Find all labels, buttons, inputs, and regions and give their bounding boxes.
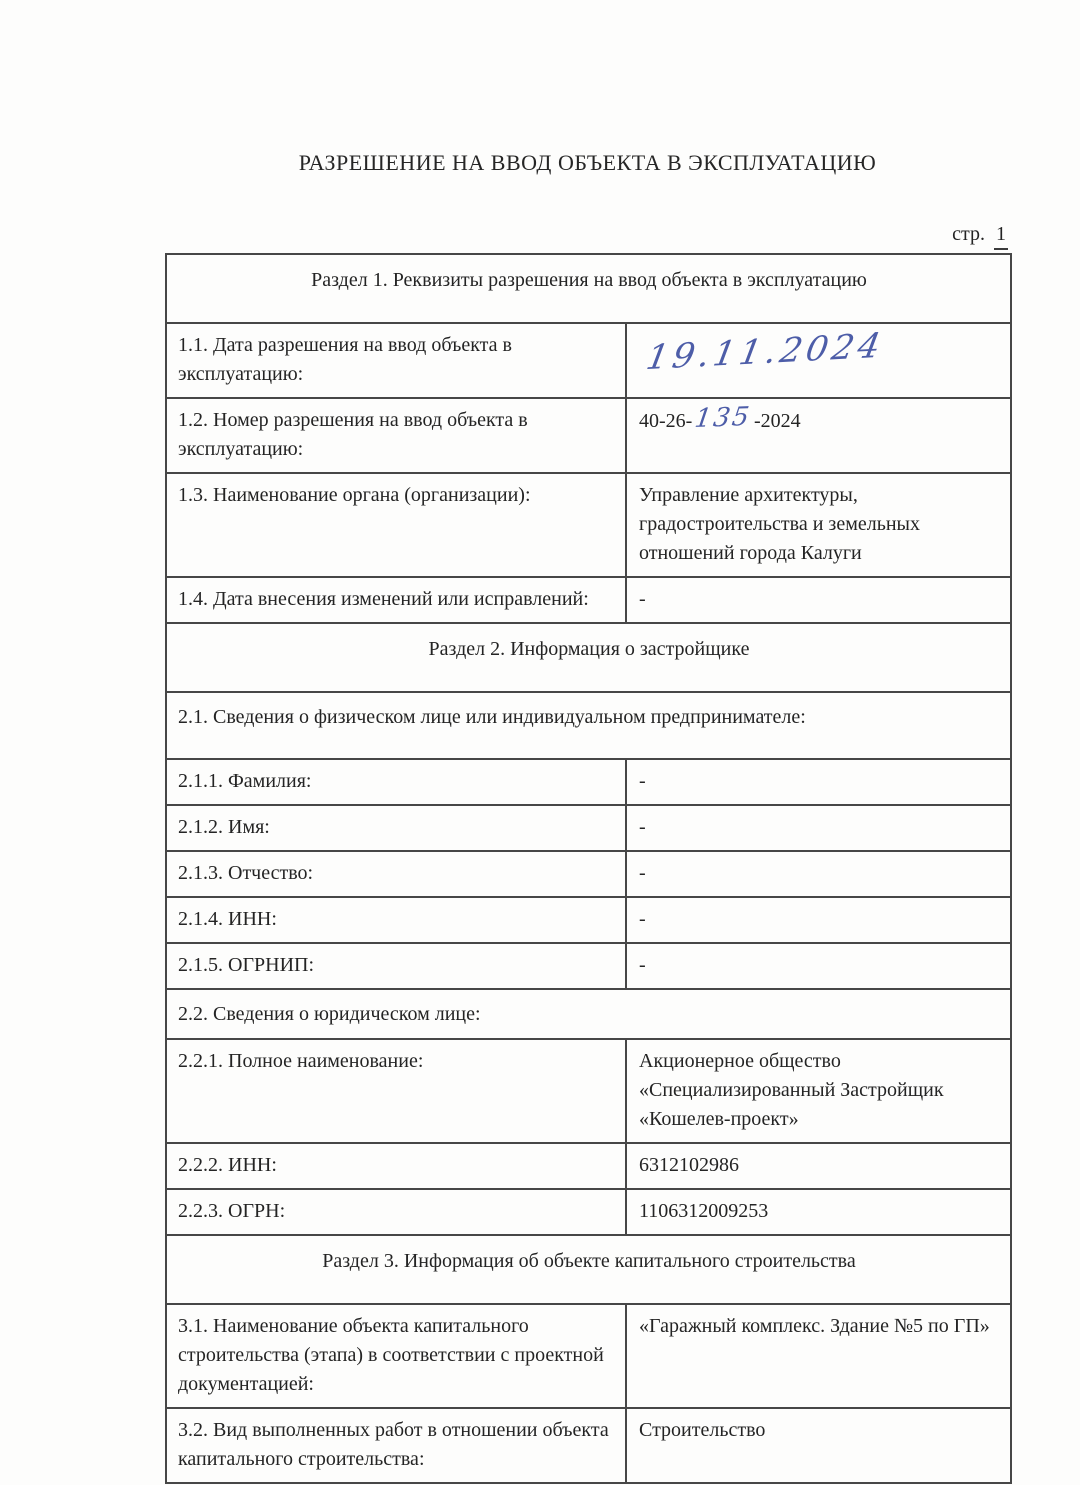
subheader-row: 2.1. Сведения о физическом лице или инди… [166, 692, 1011, 759]
table-row: 2.1.5. ОГРНИП:- [166, 943, 1011, 989]
table-row: 2.2.2. ИНН:6312102986 [166, 1143, 1011, 1189]
table-row: 1.2. Номер разрешения на ввод объекта в … [166, 398, 1011, 473]
permit-table-body: Раздел 1. Реквизиты разрешения на ввод о… [166, 254, 1011, 1483]
row-label: 3.2. Вид выполненных работ в отношении о… [166, 1408, 626, 1483]
row-value: - [626, 897, 1011, 943]
printed-text: - [639, 954, 646, 976]
table-row: 2.2.3. ОГРН:1106312009253 [166, 1189, 1011, 1235]
section-header: Раздел 3. Информация об объекте капиталь… [166, 1235, 1011, 1304]
printed-text: «Гаражный комплекс. Здание №5 по ГП» [639, 1315, 990, 1337]
row-value: 40-26-135-2024 [626, 398, 1011, 473]
document-title: РАЗРЕШЕНИЕ НА ВВОД ОБЪЕКТА В ЭКСПЛУАТАЦИ… [165, 146, 1010, 180]
row-value: - [626, 577, 1011, 623]
section-header-row: Раздел 3. Информация об объекте капиталь… [166, 1235, 1011, 1304]
printed-text: - [639, 816, 646, 838]
row-label: 1.4. Дата внесения изменений или исправл… [166, 577, 626, 623]
row-label: 2.1.2. Имя: [166, 805, 626, 851]
row-value: 6312102986 [626, 1143, 1011, 1189]
section-header: Раздел 1. Реквизиты разрешения на ввод о… [166, 254, 1011, 323]
printed-text: - [639, 588, 646, 610]
subheader-label: 2.2. Сведения о юридическом лице: [166, 989, 1011, 1039]
printed-text: Управление архитектуры, градостроительст… [639, 484, 920, 564]
row-label: 1.1. Дата разрешения на ввод объекта в э… [166, 323, 626, 398]
row-value: 19.11.2024 [626, 323, 1011, 398]
row-value: Управление архитектуры, градостроительст… [626, 473, 1011, 577]
table-row: 1.3. Наименование органа (организации):У… [166, 473, 1011, 577]
permit-table: Раздел 1. Реквизиты разрешения на ввод о… [165, 253, 1012, 1484]
row-value: Строительство [626, 1408, 1011, 1483]
printed-text: - [639, 862, 646, 884]
row-value: - [626, 759, 1011, 805]
table-row: 3.1. Наименование объекта капитального с… [166, 1304, 1011, 1408]
row-value: - [626, 943, 1011, 989]
row-value: Акционерное общество «Специализированный… [626, 1039, 1011, 1143]
table-row: 2.1.4. ИНН:- [166, 897, 1011, 943]
handwritten-text: 135 [690, 404, 756, 432]
subheader-label: 2.1. Сведения о физическом лице или инди… [166, 692, 1011, 759]
printed-text: - [639, 770, 646, 792]
page-label: стр. [952, 223, 985, 245]
table-row: 2.1.3. Отчество:- [166, 851, 1011, 897]
row-label: 2.1.4. ИНН: [166, 897, 626, 943]
handwritten-text: 19.11.2024 [641, 329, 890, 376]
page-indicator: стр. 1 [165, 220, 1010, 250]
row-label: 2.1.1. Фамилия: [166, 759, 626, 805]
printed-text: - [639, 908, 646, 930]
document-sheet: РАЗРЕШЕНИЕ НА ВВОД ОБЪЕКТА В ЭКСПЛУАТАЦИ… [0, 0, 1080, 1485]
row-label: 2.2.3. ОГРН: [166, 1189, 626, 1235]
section-header-row: Раздел 1. Реквизиты разрешения на ввод о… [166, 254, 1011, 323]
row-value: - [626, 805, 1011, 851]
table-row: 2.1.2. Имя:- [166, 805, 1011, 851]
printed-text: 1106312009253 [639, 1200, 768, 1222]
table-row: 1.1. Дата разрешения на ввод объекта в э… [166, 323, 1011, 398]
printed-text: 6312102986 [639, 1154, 739, 1176]
row-label: 2.1.3. Отчество: [166, 851, 626, 897]
table-row: 1.4. Дата внесения изменений или исправл… [166, 577, 1011, 623]
printed-text: -2024 [754, 410, 801, 432]
row-label: 2.2.1. Полное наименование: [166, 1039, 626, 1143]
printed-text: Акционерное общество «Специализированный… [639, 1050, 944, 1130]
section-header: Раздел 2. Информация о застройщике [166, 623, 1011, 692]
row-label: 1.3. Наименование органа (организации): [166, 473, 626, 577]
row-value: «Гаражный комплекс. Здание №5 по ГП» [626, 1304, 1011, 1408]
printed-text: 40-26- [639, 410, 692, 432]
row-value: - [626, 851, 1011, 897]
page-number: 1 [994, 220, 1008, 250]
row-label: 3.1. Наименование объекта капитального с… [166, 1304, 626, 1408]
section-header-row: Раздел 2. Информация о застройщике [166, 623, 1011, 692]
row-label: 2.2.2. ИНН: [166, 1143, 626, 1189]
row-label: 2.1.5. ОГРНИП: [166, 943, 626, 989]
printed-text: Строительство [639, 1419, 765, 1441]
row-value: 1106312009253 [626, 1189, 1011, 1235]
row-label: 1.2. Номер разрешения на ввод объекта в … [166, 398, 626, 473]
table-row: 2.2.1. Полное наименование:Акционерное о… [166, 1039, 1011, 1143]
table-row: 3.2. Вид выполненных работ в отношении о… [166, 1408, 1011, 1483]
subheader-row: 2.2. Сведения о юридическом лице: [166, 989, 1011, 1039]
table-row: 2.1.1. Фамилия:- [166, 759, 1011, 805]
